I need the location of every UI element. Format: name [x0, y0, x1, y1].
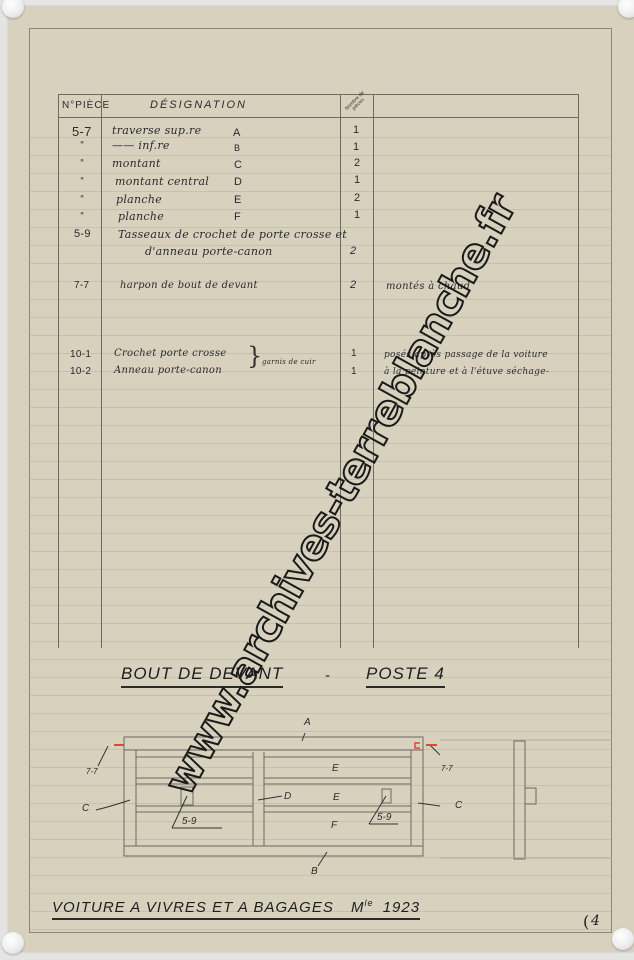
label-5-9-left: 5-9	[182, 816, 196, 827]
footer-title-text: VOITURE A VIVRES ET A BAGAGES	[52, 899, 334, 916]
front-end-drawing	[0, 0, 634, 960]
label-e-top: E	[332, 763, 339, 774]
label-b: B	[311, 866, 318, 877]
label-f: F	[331, 820, 337, 831]
label-5-9-right: 5-9	[377, 812, 391, 823]
page-number-arc: (	[583, 912, 589, 931]
page-number: 4	[591, 913, 600, 929]
footer-title: VOITURE A VIVRES ET A BAGAGES Mle 1923	[52, 898, 420, 920]
label-a: A	[304, 717, 311, 728]
label-d: D	[284, 791, 291, 802]
footer-model: M	[351, 899, 365, 916]
label-c-left: C	[82, 803, 89, 814]
label-e-mid: E	[333, 792, 340, 803]
label-7-7-right: 7-7	[441, 764, 453, 773]
label-c-right: C	[455, 800, 462, 811]
footer-model-sup: le	[365, 898, 374, 908]
label-7-7-left: 7-7	[86, 767, 98, 776]
footer-year: 1923	[383, 899, 420, 916]
